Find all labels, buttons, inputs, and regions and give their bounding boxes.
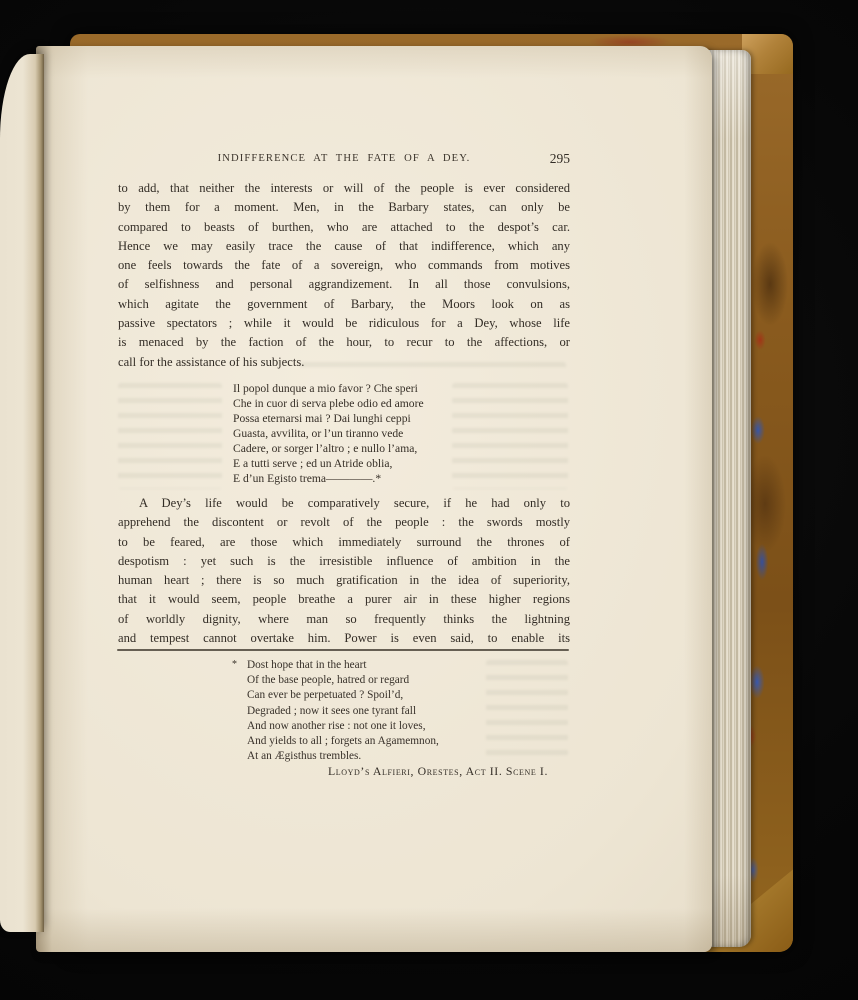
- footnote-line: Degraded ; now it sees one tyrant fall: [247, 704, 557, 719]
- text-line: by them for a moment. Men, in the Barbar…: [118, 198, 570, 217]
- text-line: despotism : yet such is the irresistible…: [118, 552, 570, 571]
- footnote-line: Can ever be perpetuated ? Spoil’d,: [247, 688, 557, 703]
- running-header: INDIFFERENCE AT THE FATE OF A DEY. 295: [118, 153, 570, 171]
- text-line: Hence we may easily trace the cause of t…: [118, 237, 570, 256]
- verse-line: Possa eternarsi mai ? Dai lunghi ceppi: [233, 411, 483, 426]
- footnote-line: Dost hope that in the heart: [247, 658, 557, 673]
- text-line: is menaced by the faction of the hour, t…: [118, 333, 570, 352]
- footnote-verse: Dost hope that in the heart Of the base …: [247, 658, 557, 764]
- footnote-line: And yields to all ; forgets an Agamemnon…: [247, 734, 557, 749]
- paragraph-1: to add, that neither the interests or wi…: [118, 179, 570, 372]
- text-line: A Dey’s life would be comparatively secu…: [118, 494, 570, 513]
- text-line: apprehend the discontent or revolt of th…: [118, 513, 570, 532]
- text-line: which agitate the government of Barbary,…: [118, 295, 570, 314]
- footnote-separator-rule: [117, 649, 569, 651]
- text-line: and tempest cannot overtake him. Power i…: [118, 629, 570, 648]
- text-line: passive spectators ; while it would be r…: [118, 314, 570, 333]
- paragraph-2: A Dey’s life would be comparatively secu…: [118, 494, 570, 648]
- text-line: to be feared, are those which immediatel…: [118, 533, 570, 552]
- text-line: human heart ; there is so much gratifica…: [118, 571, 570, 590]
- italian-verse-quote: Il popol dunque a mio favor ? Che speri …: [233, 381, 483, 486]
- verse-line: E d’un Egisto trema————.*: [233, 471, 483, 486]
- page-number: 295: [550, 151, 570, 167]
- show-through-text-ghost: [118, 383, 222, 489]
- footnote-marker: *: [232, 659, 237, 670]
- text-line: one feels towards the fate of a sovereig…: [118, 256, 570, 275]
- verse-line: E a tutti serve ; ed un Atride oblia,: [233, 456, 483, 471]
- footnote-attribution: Lloyd’s Alfieri, Orestes, Act II. Scene …: [118, 764, 548, 779]
- text-line: to add, that neither the interests or wi…: [118, 179, 570, 198]
- verse-line: Che in cuor di serva plebe odio ed amore: [233, 396, 483, 411]
- photo-background: { "palette": { "background": "#070707", …: [0, 0, 858, 1000]
- footnote-line: At an Ægisthus trembles.: [247, 749, 557, 764]
- text-line: of selfishness and personal aggrandizeme…: [118, 275, 570, 294]
- text-line: of worldly dignity, where man so frequen…: [118, 610, 570, 629]
- verse-line: Cadere, or sorger l’altro ; e nullo l’am…: [233, 441, 483, 456]
- book-photo: INDIFFERENCE AT THE FATE OF A DEY. 295 t…: [0, 0, 858, 1000]
- verse-line: Guasta, avvilita, or l’un tiranno vede: [233, 426, 483, 441]
- running-header-title: INDIFFERENCE AT THE FATE OF A DEY.: [118, 153, 570, 164]
- verse-line: Il popol dunque a mio favor ? Che speri: [233, 381, 483, 396]
- text-line: call for the assistance of his subjects.: [118, 353, 570, 372]
- footnote-line: And now another rise : not one it loves,: [247, 719, 557, 734]
- text-line: that it would seem, people breathe a pur…: [118, 590, 570, 609]
- printed-text-layer: INDIFFERENCE AT THE FATE OF A DEY. 295 t…: [0, 0, 858, 1000]
- footnote-line: Of the base people, hatred or regard: [247, 673, 557, 688]
- text-line: compared to beasts of burthen, who are a…: [118, 218, 570, 237]
